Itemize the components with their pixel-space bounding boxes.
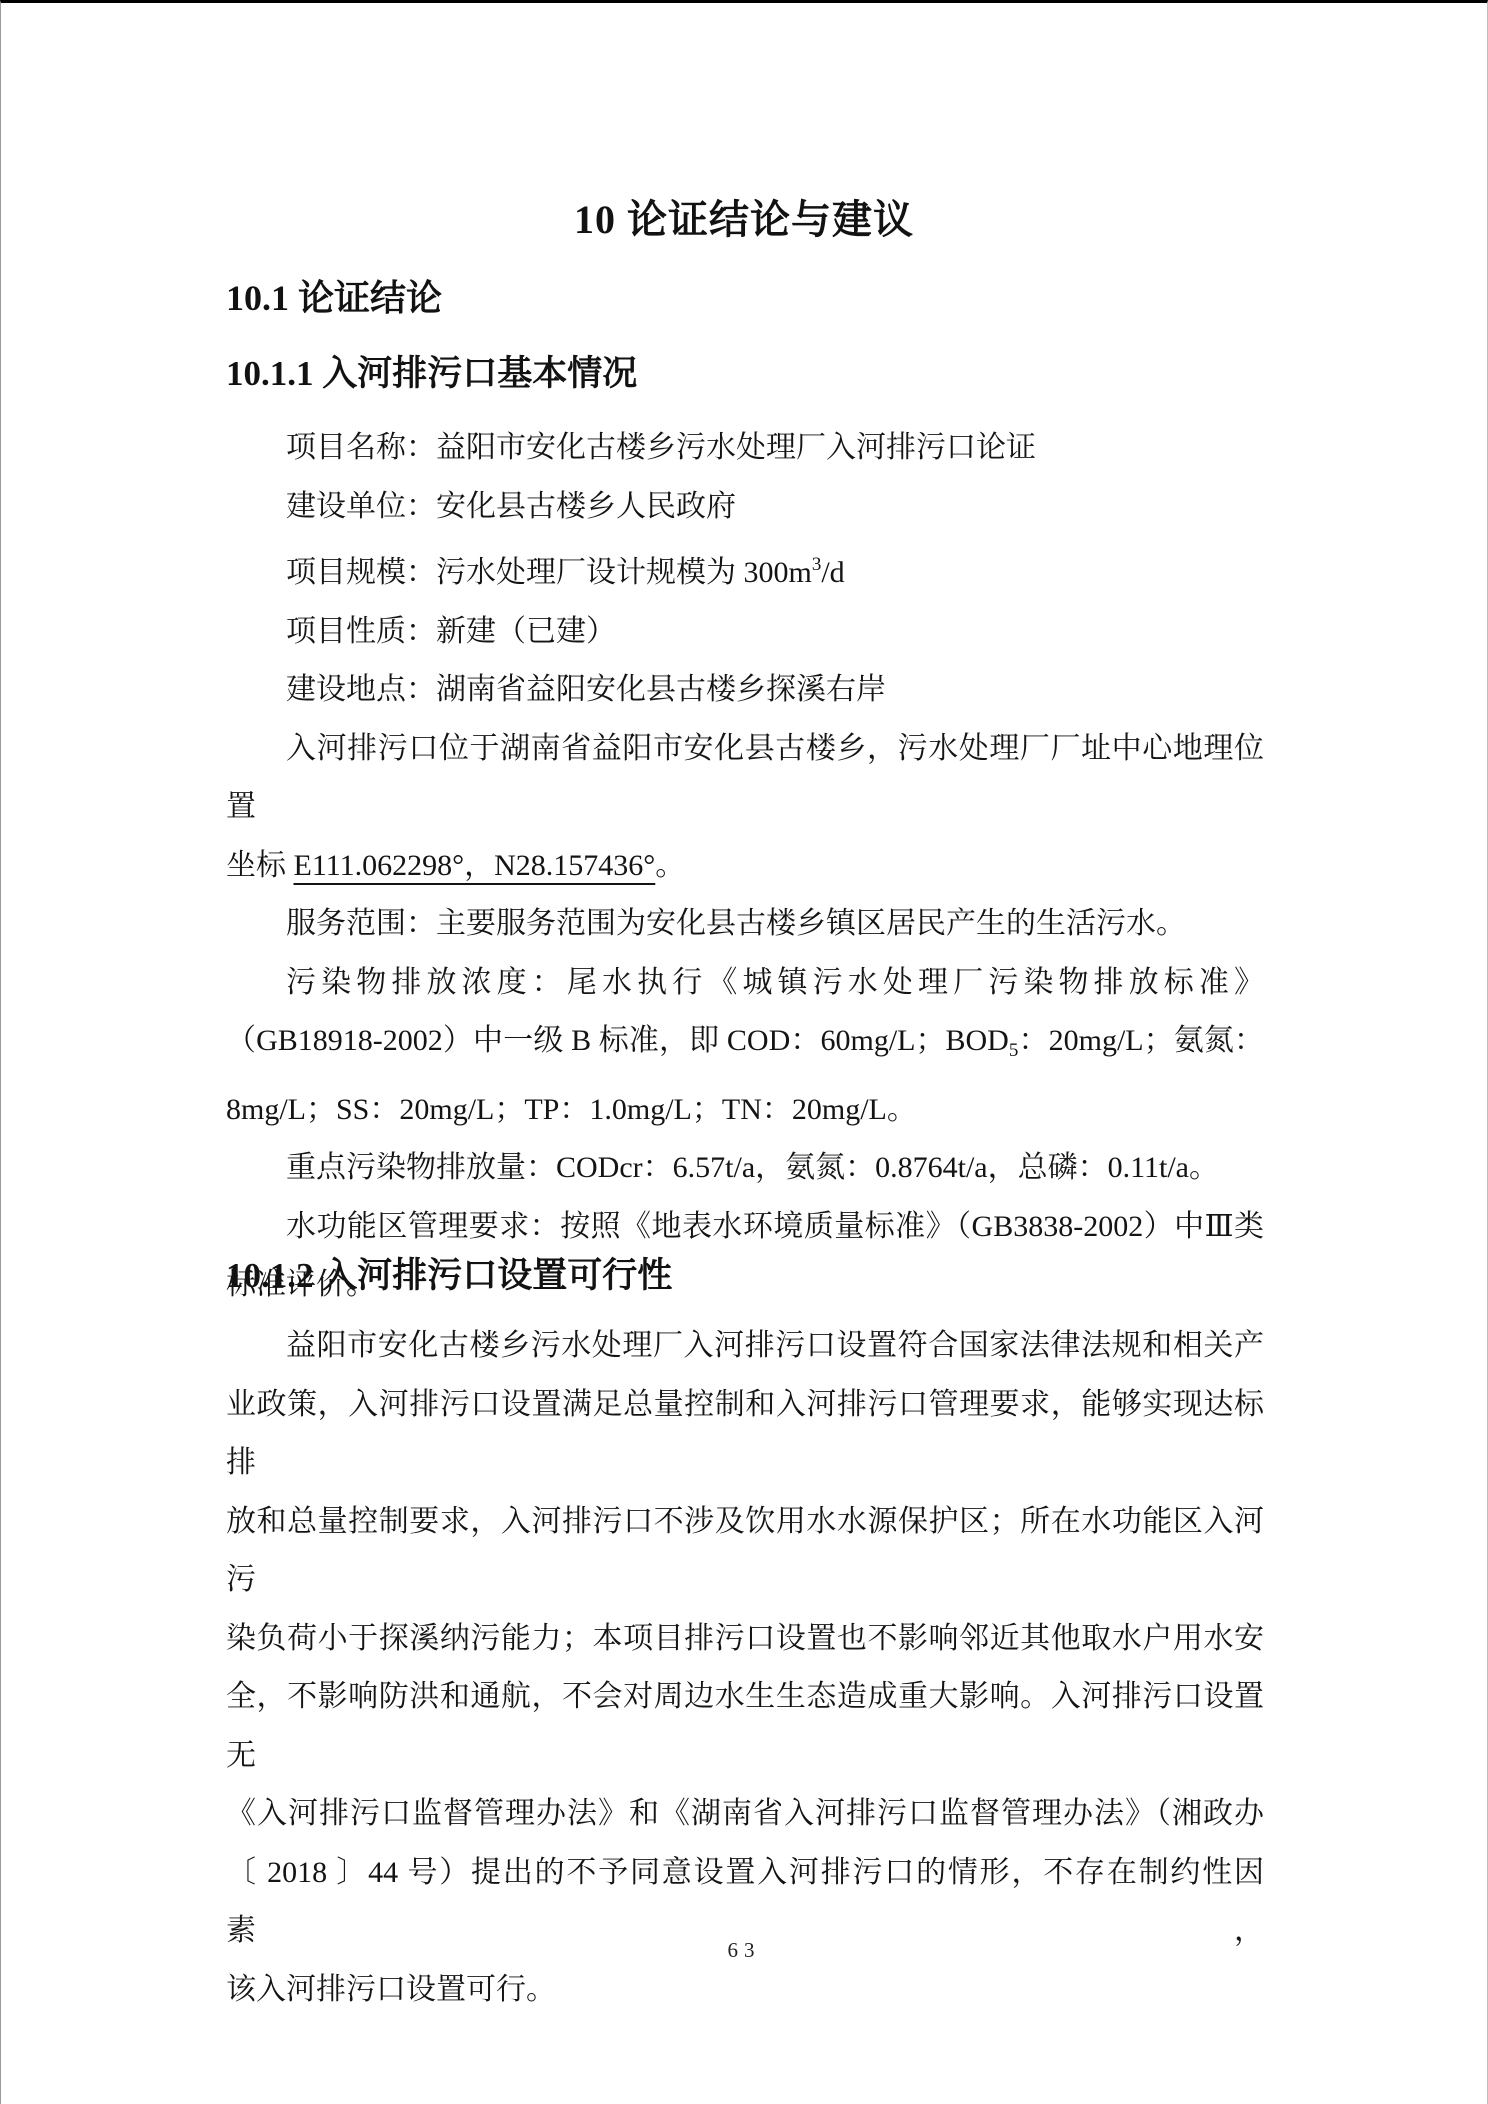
- text-segment: 项目规模：污水处理厂设计规模为 300m: [286, 556, 812, 589]
- text-segment: 3: [812, 554, 822, 575]
- text-segment: 〔 2018 〕44 号）提出的不予同意设置入河排污口的情形，不存在制约性因素，: [226, 1856, 1264, 1948]
- text-segment: 益阳市安化古楼乡污水处理厂入河排污口设置符合国家法律法规和相关产: [286, 1329, 1264, 1362]
- text-segment: 该入河排污口设置可行。: [226, 1973, 556, 2006]
- text-line: 项目名称：益阳市安化古楼乡污水处理厂入河排污口论证: [226, 419, 1264, 478]
- text-segment: 项目性质：新建（已建）: [286, 615, 616, 648]
- text-segment: 水功能区管理要求：按照《地表水环境质量标准》（GB3838-2002）中Ⅲ类: [286, 1210, 1264, 1243]
- underlined-coordinates: E111.062298°，N28.157436°: [294, 849, 656, 882]
- text-line: 建设地点：湖南省益阳安化县古楼乡探溪右岸: [226, 661, 1264, 720]
- chapter-title: 10 论证结论与建议: [1, 197, 1487, 243]
- text-segment: 建设地点：湖南省益阳安化县古楼乡探溪右岸: [286, 673, 886, 706]
- text-segment: 坐标: [226, 849, 294, 882]
- text-segment: /d: [821, 556, 844, 589]
- text-segment: 放和总量控制要求，入河排污口不涉及饮用水水源保护区；所在水功能区入河污: [226, 1505, 1264, 1597]
- text-segment: 重点污染物排放量：CODcr：6.57t/a，氨氮：0.8764t/a，总磷：0…: [286, 1151, 1219, 1184]
- text-line: （GB18918-2002）中一级 B 标准，即 COD：60mg/L；BOD5…: [226, 1012, 1264, 1081]
- section-heading-10-1: 10.1 论证结论: [226, 275, 442, 321]
- text-segment: 污染物排放浓度：尾水执行《城镇污水处理厂污染物排放标准》: [286, 966, 1264, 999]
- text-line: 入河排污口位于湖南省益阳市安化县古楼乡，污水处理厂厂址中心地理位置: [226, 720, 1264, 837]
- section-heading-10-1-1: 10.1.1 入河排污口基本情况: [226, 352, 637, 396]
- text-line: 重点污染物排放量：CODcr：6.57t/a，氨氮：0.8764t/a，总磷：0…: [226, 1139, 1264, 1198]
- page-number: 63: [1, 1937, 1487, 1963]
- text-line: 8mg/L；SS：20mg/L；TP：1.0mg/L；TN：20mg/L。: [226, 1081, 1264, 1140]
- text-line: 染负荷小于探溪纳污能力；本项目排污口设置也不影响邻近其他取水户用水安: [226, 1610, 1264, 1669]
- text-segment: ：20mg/L；氨氮：: [1018, 1024, 1264, 1057]
- text-line: 项目规模：污水处理厂设计规模为 300m3/d: [226, 536, 1264, 603]
- document-page: 10 论证结论与建议 10.1 论证结论 10.1.1 入河排污口基本情况 项目…: [0, 0, 1488, 2104]
- text-line: 放和总量控制要求，入河排污口不涉及饮用水水源保护区；所在水功能区入河污: [226, 1493, 1264, 1610]
- text-segment: 。: [655, 849, 685, 882]
- text-line: 服务范围：主要服务范围为安化县古楼乡镇区居民产生的生活污水。: [226, 895, 1264, 954]
- paragraph-block-feasibility: 益阳市安化古楼乡污水处理厂入河排污口设置符合国家法律法规和相关产业政策，入河排污…: [226, 1317, 1264, 2019]
- text-segment: 8mg/L；SS：20mg/L；TP：1.0mg/L；TN：20mg/L。: [226, 1093, 917, 1126]
- text-line: 全，不影响防洪和通航，不会对周边水生生态造成重大影响。入河排污口设置无: [226, 1668, 1264, 1785]
- text-line: 项目性质：新建（已建）: [226, 603, 1264, 662]
- text-line: 益阳市安化古楼乡污水处理厂入河排污口设置符合国家法律法规和相关产: [226, 1317, 1264, 1376]
- text-line: 水功能区管理要求：按照《地表水环境质量标准》（GB3838-2002）中Ⅲ类: [226, 1198, 1264, 1257]
- text-segment: 建设单位：安化县古楼乡人民政府: [286, 490, 736, 523]
- text-segment: 业政策，入河排污口设置满足总量控制和入河排污口管理要求，能够实现达标排: [226, 1388, 1264, 1480]
- text-segment: 项目名称：益阳市安化古楼乡污水处理厂入河排污口论证: [286, 431, 1036, 464]
- text-segment: 入河排污口位于湖南省益阳市安化县古楼乡，污水处理厂厂址中心地理位置: [226, 732, 1264, 824]
- text-segment: 服务范围：主要服务范围为安化县古楼乡镇区居民产生的生活污水。: [286, 907, 1186, 940]
- text-line: 建设单位：安化县古楼乡人民政府: [226, 478, 1264, 537]
- text-line: 污染物排放浓度：尾水执行《城镇污水处理厂污染物排放标准》: [226, 954, 1264, 1013]
- text-segment: 《入河排污口监督管理办法》和《湖南省入河排污口监督管理办法》（湘政办: [226, 1797, 1264, 1830]
- text-segment: 染负荷小于探溪纳污能力；本项目排污口设置也不影响邻近其他取水户用水安: [226, 1622, 1264, 1655]
- text-line: 《入河排污口监督管理办法》和《湖南省入河排污口监督管理办法》（湘政办: [226, 1785, 1264, 1844]
- paragraph-block-basic-info: 项目名称：益阳市安化古楼乡污水处理厂入河排污口论证建设单位：安化县古楼乡人民政府…: [226, 419, 1264, 1315]
- section-heading-10-1-2: 10.1.2 入河排污口设置可行性: [226, 1254, 672, 1298]
- text-segment: 5: [1009, 1040, 1019, 1061]
- text-line: 该入河排污口设置可行。: [226, 1961, 1264, 2020]
- text-segment: 全，不影响防洪和通航，不会对周边水生生态造成重大影响。入河排污口设置无: [226, 1680, 1264, 1772]
- text-segment: （GB18918-2002）中一级 B 标准，即 COD：60mg/L；BOD: [226, 1024, 1009, 1057]
- text-line: 坐标 E111.062298°，N28.157436°。: [226, 837, 1264, 896]
- text-line: 业政策，入河排污口设置满足总量控制和入河排污口管理要求，能够实现达标排: [226, 1376, 1264, 1493]
